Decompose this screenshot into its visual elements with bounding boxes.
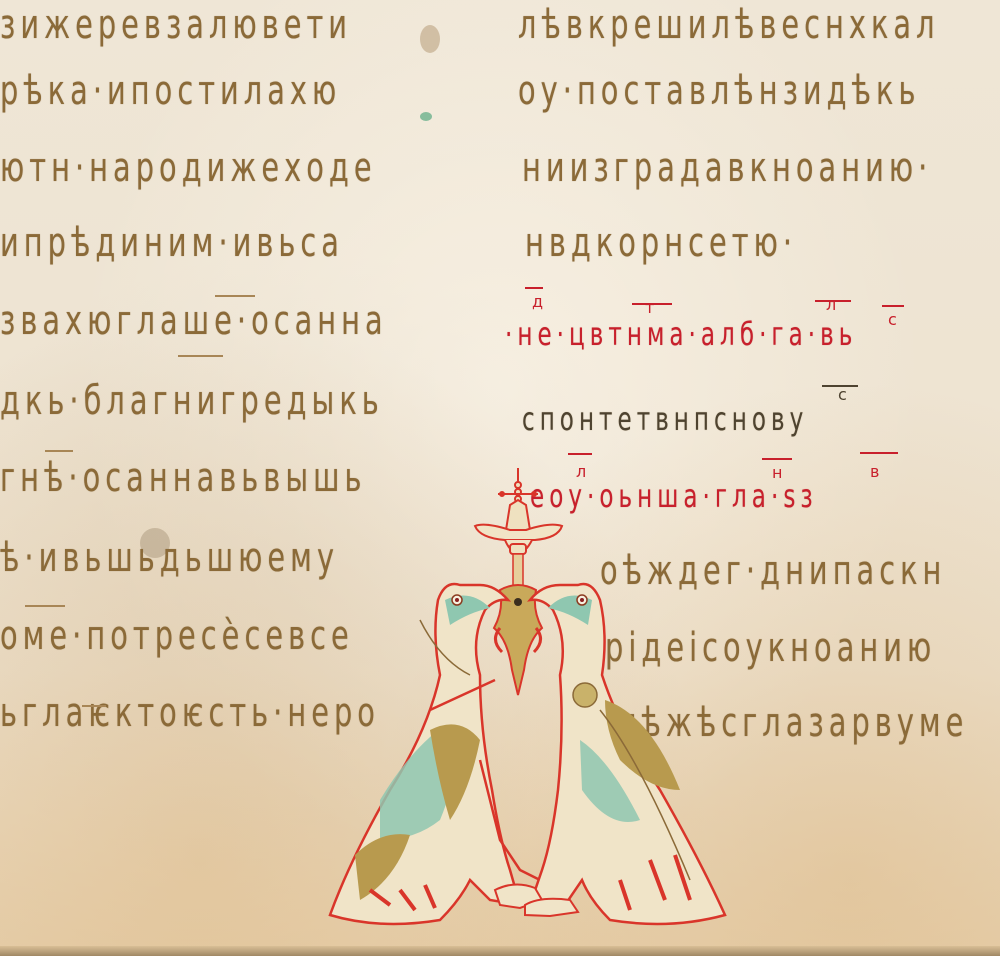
text-line: зижеревзалювети [0,2,352,48]
text-line: спонтетвнпснову [522,400,808,438]
text-line: гнѣ·осаннавьвышь [0,455,367,501]
superscript-letter: с [888,310,897,329]
text-line: нвдкорнсетю· [525,220,797,266]
titlo-mark [25,605,65,607]
text-line: лѣвкрешилѣвеснхкал [518,2,940,48]
titlo-mark [215,295,255,297]
titlo-mark [568,453,592,455]
text-line: ѣ·ивьшьдьшюему [0,535,339,581]
text-line: звахюглаше·осанна [0,298,388,344]
superscript-letter: д [532,292,543,311]
titlo-mark [822,385,858,387]
text-line: ипрѣдиним·ивьса [0,220,344,266]
bird-illumination [320,460,740,940]
rubric-line: ·не·цвтнма·алб·га·вь [505,315,857,353]
stain [420,25,440,53]
titlo-mark [815,300,851,302]
text-line: рѣка·ипостилахю [0,68,341,114]
titlo-mark [860,452,898,454]
titlo-mark [632,303,672,305]
text-line: оу·поставлѣнзидѣкь [518,68,920,114]
titlo-mark [45,450,73,452]
text-line: ниизградавкноанию· [522,145,932,191]
superscript-letter: л [826,295,836,314]
superscript-letter: в [870,462,879,481]
text-line: дкь·благнигредыкь [0,378,384,424]
right-bird [530,584,725,924]
text-line: ютн·народижеходе [0,145,377,191]
titlo-mark [178,355,223,357]
green-dot [420,112,432,121]
superscript-letter: н [772,463,782,482]
page-bottom-edge [0,946,1000,956]
superscript-letter: т [645,298,654,317]
titlo-mark [882,305,904,307]
text-line: оме·потресѐсевсе [0,613,354,659]
superscript-letter: с [838,385,847,404]
titlo-mark [82,705,106,707]
cross-finial-icon [475,468,562,554]
titlo-mark [525,287,543,289]
titlo-mark [762,458,792,460]
